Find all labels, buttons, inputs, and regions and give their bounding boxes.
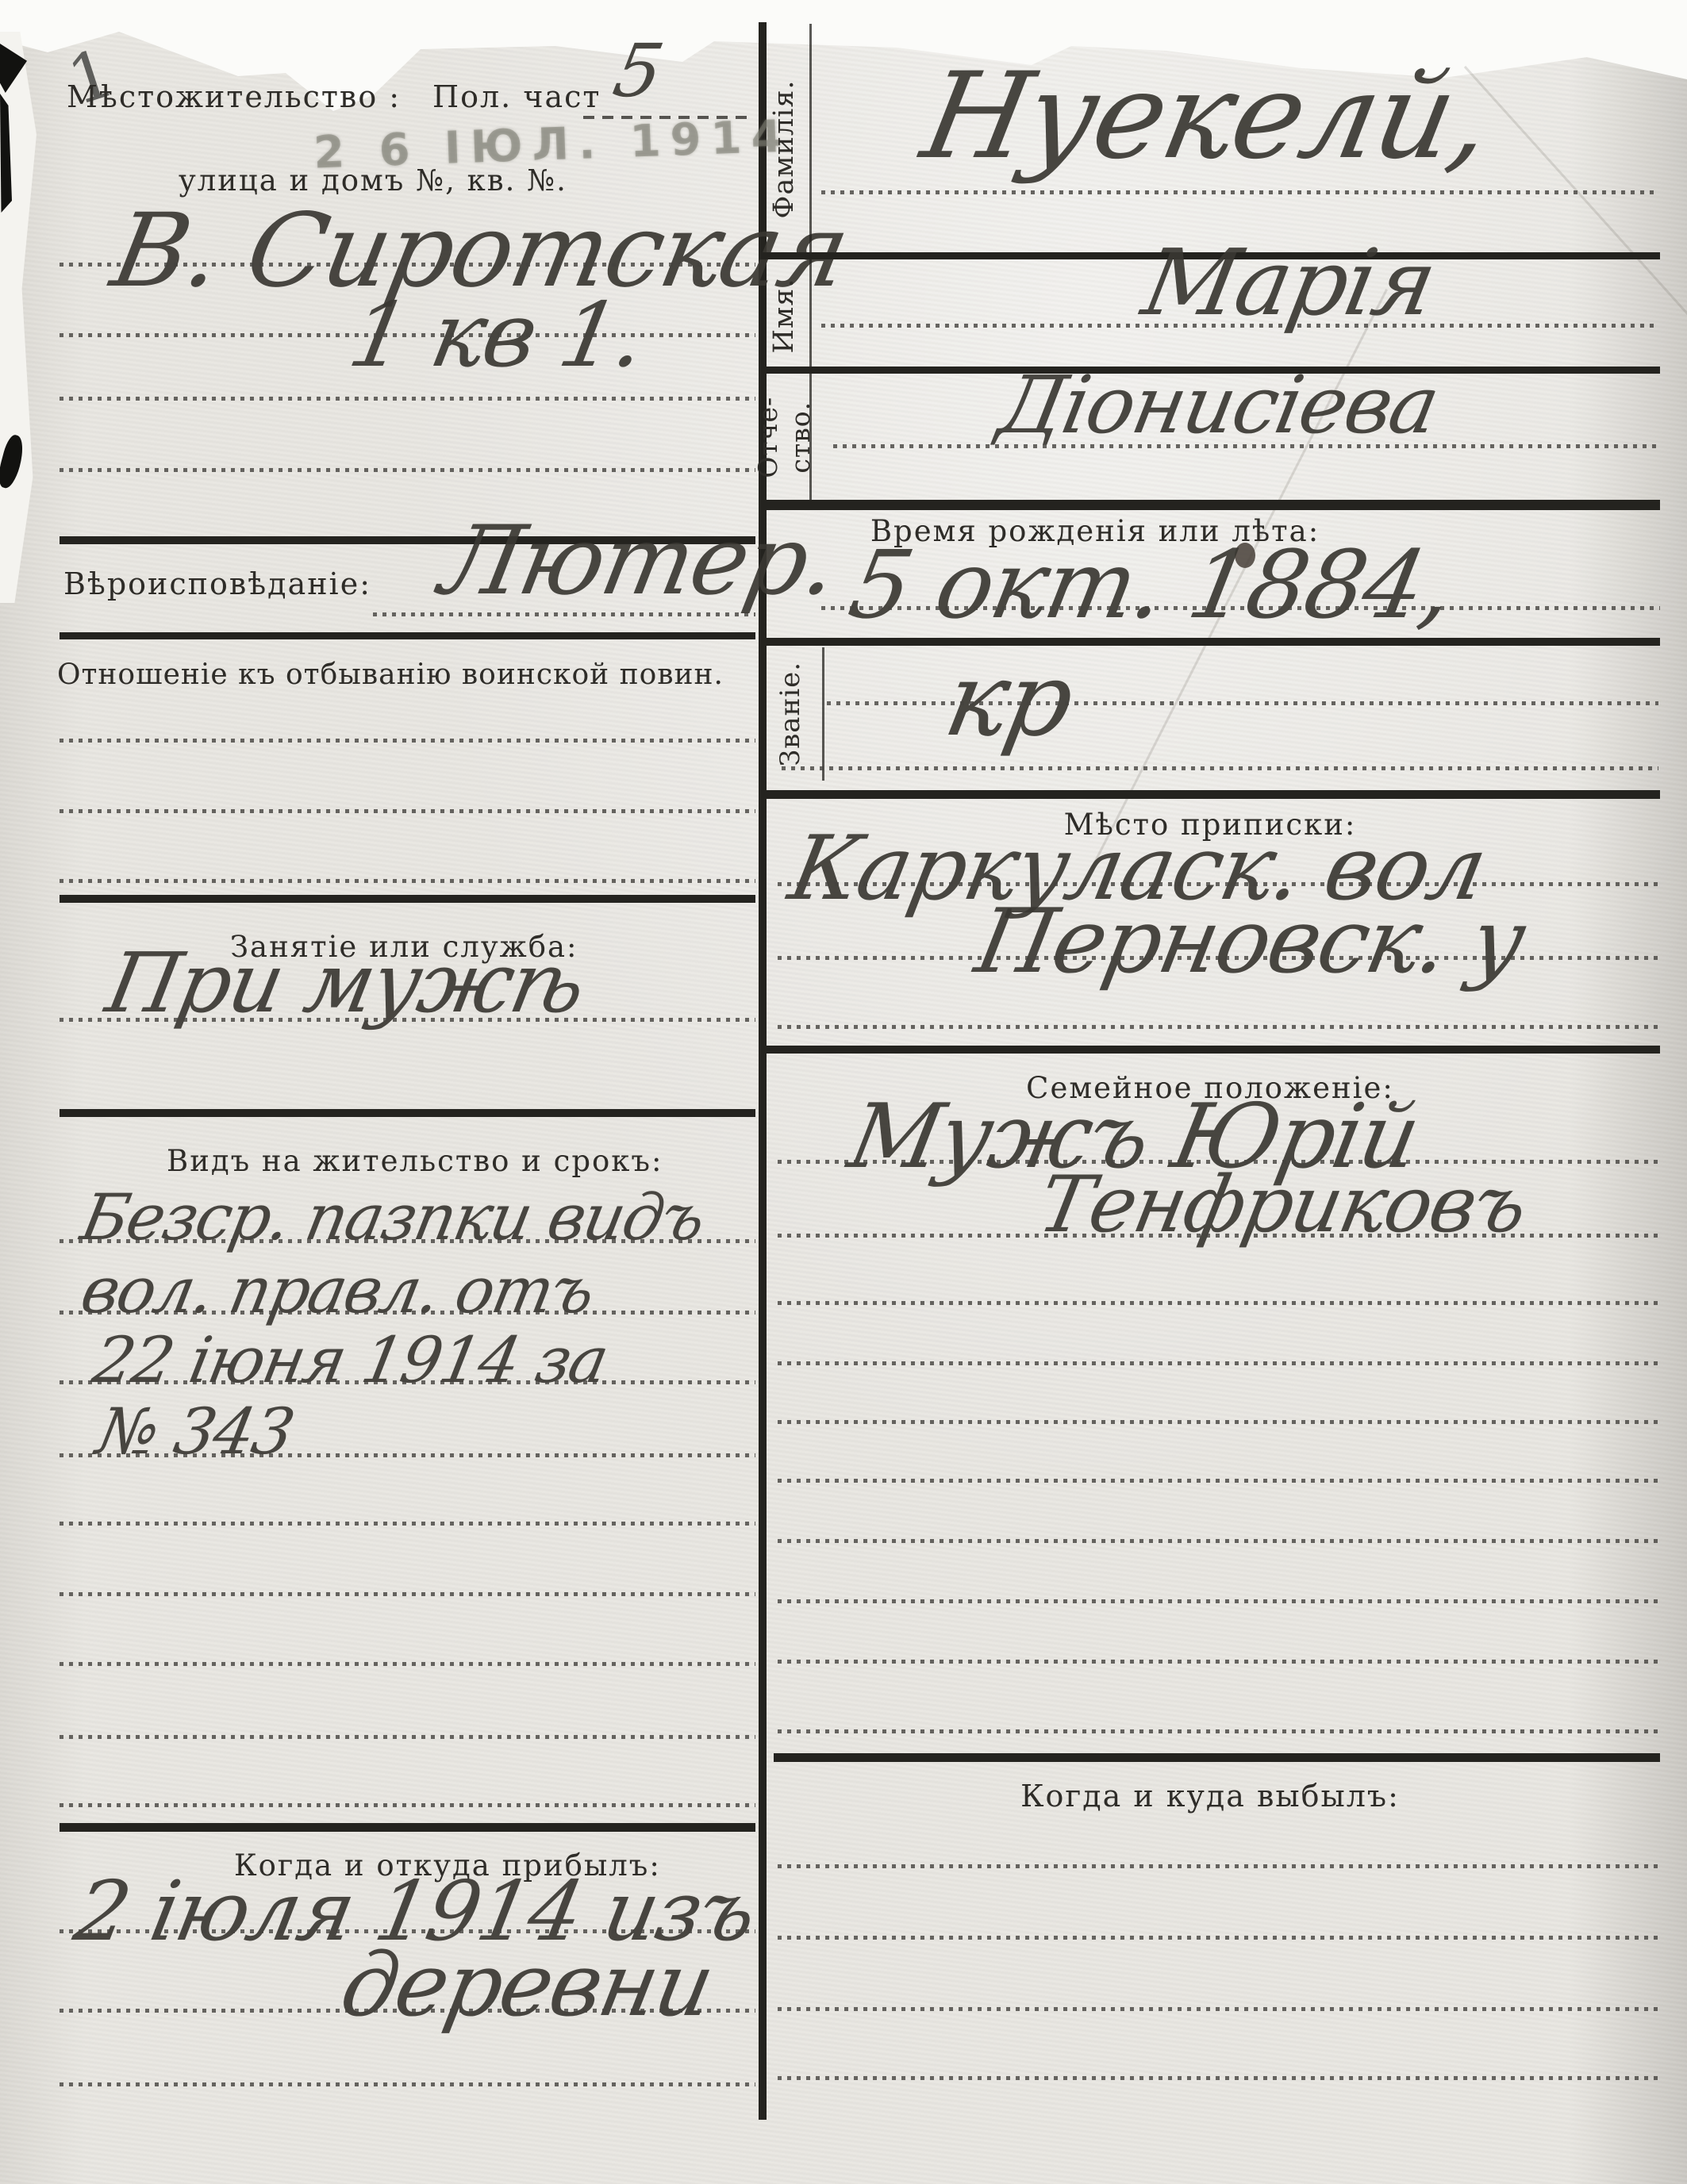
dotted-line [60, 1803, 755, 1807]
dotted-line [778, 1361, 1658, 1365]
dotted-line [778, 1420, 1658, 1424]
rule [60, 632, 755, 639]
dotted-line [827, 701, 1658, 705]
dotted-line [60, 1592, 755, 1596]
registration-handwriting-line: Перновск. у [968, 890, 1532, 993]
rule [60, 895, 755, 903]
dotted-line [60, 1018, 755, 1022]
dotted-line [778, 1234, 1658, 1238]
patronymic-label-line: Отче- [751, 362, 784, 512]
patronymic-label: Отче- ство. [751, 362, 817, 512]
rule [760, 790, 1660, 799]
birth-value-handwriting: 5 окт. 1884, [841, 530, 1462, 639]
dotted-line [778, 2007, 1658, 2011]
rule [760, 638, 1660, 646]
dotted-line [778, 1936, 1658, 1940]
dotted-line [60, 1380, 755, 1384]
dotted-line [778, 956, 1658, 960]
dotted-line [778, 1539, 1658, 1543]
dotted-line [778, 882, 1658, 886]
dotted-line [60, 879, 755, 883]
religion-label: Вѣроисповѣданіе: [63, 566, 371, 601]
patronymic-label-line: ство. [784, 362, 817, 512]
dotted-line [782, 766, 1658, 770]
dotted-line [60, 1662, 755, 1666]
dotted-line [60, 1522, 755, 1526]
dotted-line [60, 333, 755, 337]
permit-handwriting-line: 22 іюня 1914 за [87, 1323, 613, 1397]
dotted-line [778, 1599, 1658, 1603]
rule [774, 1753, 1660, 1762]
dotted-line [60, 739, 755, 743]
permit-handwriting-line: № 343 [91, 1395, 299, 1468]
dotted-line [60, 468, 755, 472]
residence-permit-label: Видъ на жительство и срокъ: [167, 1144, 663, 1178]
permit-handwriting-line: вол. правл. отъ [75, 1253, 600, 1327]
departure-label: Когда и куда выбылъ: [861, 1779, 1559, 1814]
rule [60, 1823, 755, 1832]
dotted-line [778, 1301, 1658, 1305]
dotted-line [60, 1311, 755, 1315]
occupation-value-handwriting: При мужѣ [99, 935, 593, 1031]
police-unit-label: Пол. част [432, 79, 601, 114]
dotted-line [821, 190, 1658, 194]
rule [760, 500, 1660, 510]
dotted-line [778, 1660, 1658, 1664]
dotted-line [778, 2076, 1658, 2080]
rule [760, 1046, 1660, 1054]
rank-value-handwriting: кр [936, 641, 1082, 759]
dotted-line [778, 1479, 1658, 1483]
permit-handwriting-line: Безср. пазпки видъ [75, 1180, 710, 1254]
dotted-line [60, 1453, 755, 1457]
dotted-line [60, 1929, 755, 1933]
dotted-line [60, 809, 755, 813]
label-column-divider [822, 647, 824, 781]
dotted-line [778, 1864, 1658, 1868]
religion-value-handwriting: Лютер. [432, 506, 846, 616]
dotted-line [821, 324, 1658, 328]
dotted-line [778, 1729, 1658, 1733]
dotted-line [60, 2082, 755, 2086]
dotted-line [60, 397, 755, 401]
registration-card-scan: 1 Мѣстожительство : Пол. част 5 2 6 ІЮЛ.… [0, 0, 1687, 2184]
column-divider [759, 22, 767, 2120]
name-value-handwriting: Марія [1135, 230, 1443, 336]
dotted-line [60, 1239, 755, 1243]
dotted-line [60, 263, 755, 267]
dotted-line [821, 606, 1660, 610]
arrival-handwriting-line: деревни [333, 1934, 721, 2036]
dotted-line [60, 2009, 755, 2013]
surname-value-handwriting: Нуекелй, [913, 48, 1502, 186]
military-duty-label: Отношеніе къ отбыванію воинской повин. [57, 658, 724, 691]
dotted-line [833, 444, 1658, 448]
patronymic-value-handwriting: Діонисіева [992, 359, 1445, 451]
dotted-line [778, 1025, 1658, 1029]
rule [60, 1109, 755, 1117]
dotted-line [60, 1735, 755, 1739]
residence-label: Мѣстожительство : [67, 79, 401, 114]
